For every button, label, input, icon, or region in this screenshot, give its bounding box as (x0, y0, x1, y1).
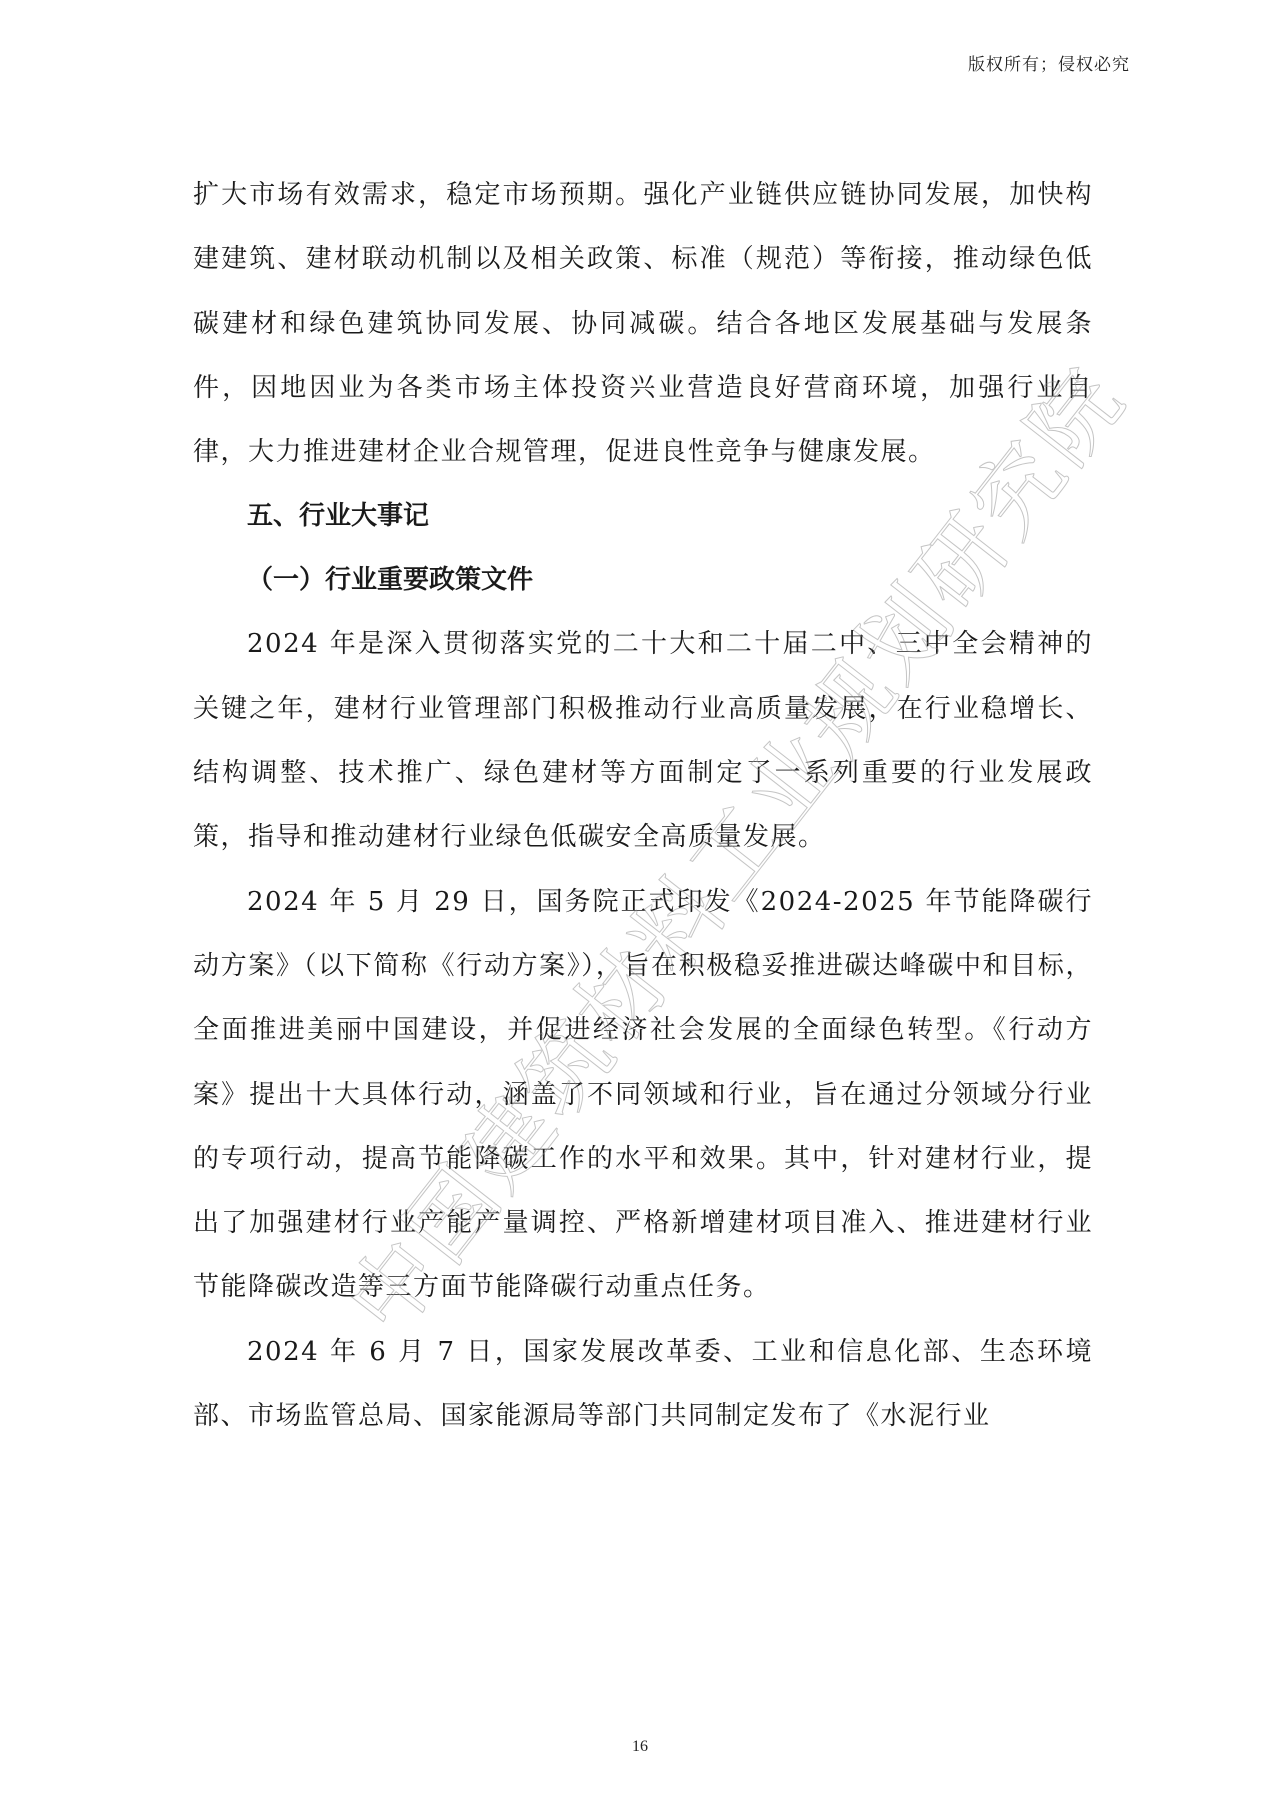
section-heading: 五、行业大事记 (193, 484, 1093, 548)
paragraph-action-plan: 2024 年 5 月 29 日，国务院正式印发《2024-2025 年节能降碳行… (193, 870, 1093, 1320)
paragraph-cement-policy: 2024 年 6 月 7 日，国家发展改革委、工业和信息化部、生态环境部、市场监… (193, 1320, 1093, 1449)
paragraph-continued: 扩大市场有效需求，稳定市场预期。强化产业链供应链协同发展，加快构建建筑、建材联动… (193, 163, 1093, 484)
document-body: 扩大市场有效需求，稳定市场预期。强化产业链供应链协同发展，加快构建建筑、建材联动… (193, 163, 1093, 1448)
paragraph-intro: 2024 年是深入贯彻落实党的二十大和二十届二中、三中全会精神的关键之年，建材行… (193, 612, 1093, 869)
copyright-notice: 版权所有；侵权必究 (968, 50, 1130, 75)
page-number: 16 (0, 1738, 1280, 1756)
subsection-heading: （一）行业重要政策文件 (193, 548, 1093, 612)
